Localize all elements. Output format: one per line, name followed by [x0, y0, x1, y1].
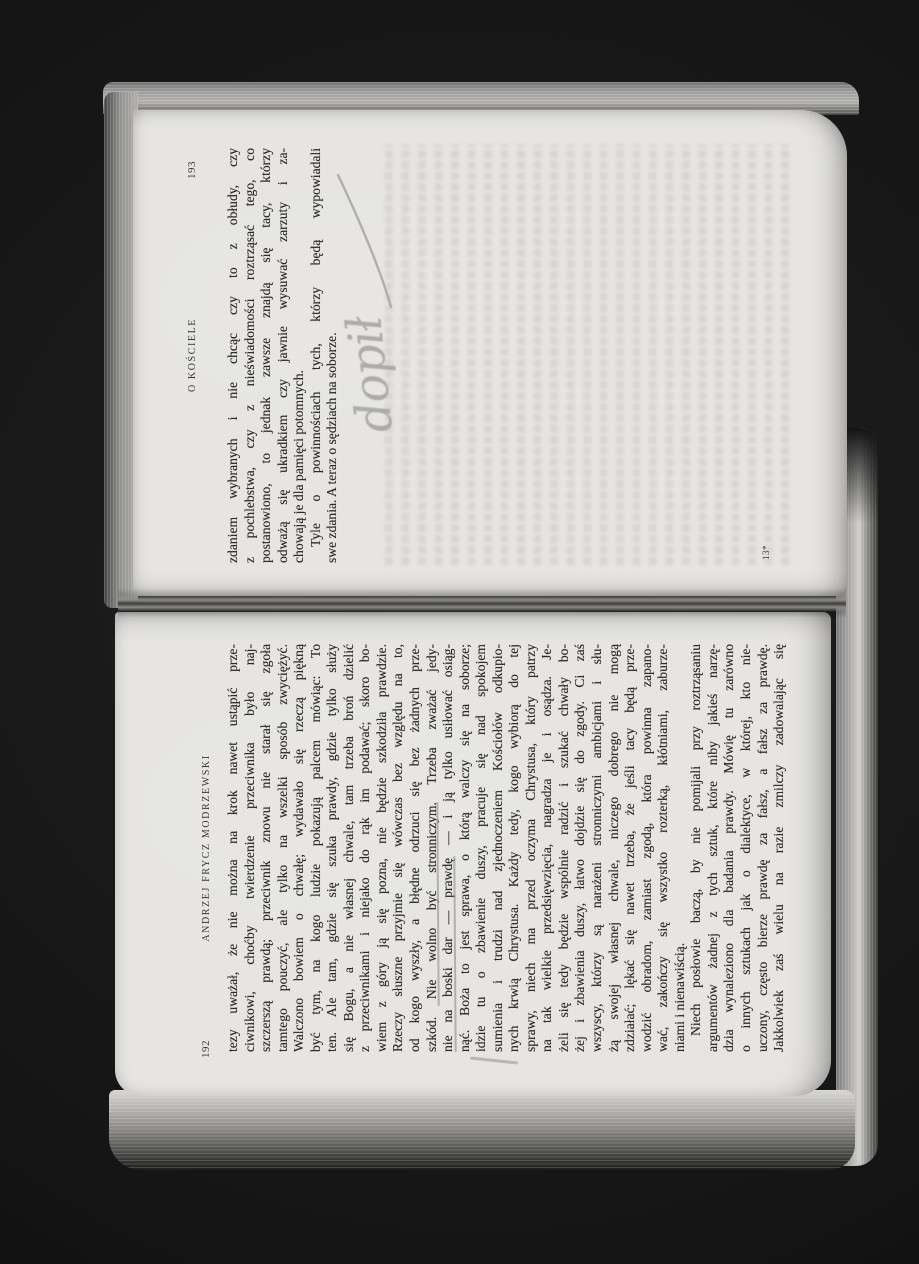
text-line: odważą się ukradkiem czy jawnie wysuwać … [275, 148, 292, 563]
show-through-texture [385, 144, 789, 568]
text-line: uczony, często bierze prawdę za fałsz, a… [755, 644, 772, 1052]
text-line: z pochlebstwa, czy z nieświadomości rozt… [242, 148, 259, 563]
page-192-content: 192 ANDRZEJ FRYCZ MODRZEWSKI tezy uważał… [115, 612, 831, 1096]
text-line: się Bogu, a nie własnej chwale, tam trze… [341, 644, 358, 1052]
text-line: nych krwią Chrystusa. Każdy tedy, kogo w… [506, 644, 523, 1052]
text-line: dzia wynaleziono dla badania prawdy. Mów… [721, 644, 738, 1052]
pencil-slash-mark [333, 171, 397, 311]
text-line: wszyscy, którzy są narażeni stronniczymi… [589, 644, 606, 1052]
text-line: na tak wielkie przedsięwzięcia, nagradza… [539, 644, 556, 1052]
text-line: wodzić obradom, zamiast zgodą, która pow… [639, 644, 656, 1052]
pencil-margin-stroke [470, 1056, 518, 1064]
text-line: wać, zakończy się wszystko rozterką, kłó… [655, 644, 672, 1052]
text-line: być tym, na kogo ludzie pokazują palcem … [308, 644, 325, 1052]
text-line: sumienia i trudzi nad zjednoczeniem Kośc… [490, 644, 507, 1052]
running-head-row: 192 ANDRZEJ FRYCZ MODRZEWSKI [201, 644, 212, 1052]
text-line: Tyle o powinnościach tych, którzy będą w… [308, 148, 325, 563]
text-line: żeli się tedy będzie wspólnie radzić i s… [556, 644, 573, 1052]
text-line: żej i zbawienia duszy, łatwo dojdzie się… [572, 644, 589, 1052]
signature-mark: 13* [761, 545, 771, 560]
page-193-content: O KOŚCIELE 193 zdaniem wybranych i nie c… [133, 110, 847, 596]
text-line: żą swojej własnej chwale, niczego dobreg… [606, 644, 623, 1052]
text-line: idzie tu o zbawienie duszy, pracuje się … [473, 644, 490, 1052]
page-number: 193 [186, 161, 198, 179]
text-line: wiem z góry ją się pozna, nie będzie szk… [374, 644, 391, 1052]
text-line: zdaniem wybranych i nie chcąc czy to z o… [225, 148, 242, 563]
book-gutter-shadow [118, 588, 846, 618]
page-body-text: zdaniem wybranych i nie chcąc czy to z o… [225, 148, 341, 563]
text-line: Walczono bowiem o chwałę; wydawało się r… [291, 644, 308, 1052]
text-line: Rzeczy słuszne przyjmie się wówczas bez … [390, 644, 407, 1052]
text-line: tamtego pouczyć, ale tylko na wszelki sp… [275, 644, 292, 1052]
book-page-192: 192 ANDRZEJ FRYCZ MODRZEWSKI tezy uważał… [115, 612, 831, 1096]
text-line: ciwnikowi, choćby twierdzenie przeciwnik… [242, 644, 259, 1052]
text-line: sprawy, niech ma przed oczyma Chrystusa,… [523, 644, 540, 1052]
text-line: od kogo wyszły, a błędne odrzuci się bez… [407, 644, 424, 1052]
text-line: z przeciwnikami i niejako do rąk im poda… [357, 644, 374, 1052]
text-line: chowają je dla pamięci potomnych. [291, 148, 308, 563]
text-line: nąć. Boża to jest sprawa, o którą walczy… [457, 644, 474, 1052]
text-line: Niech posłowie baczą, by nie pomijali pr… [688, 644, 705, 1052]
text-line: niami i nienawiścią. [672, 644, 689, 1052]
text-line: argumentów żadnej z tych sztuk, które ni… [705, 644, 722, 1052]
page-edges-stack-bottom [109, 1090, 855, 1170]
running-head-title: O KOŚCIELE [187, 318, 198, 392]
text-line: postanowiono, to jednak zawsze znajdą si… [258, 148, 275, 563]
page-number: 192 [200, 1040, 212, 1058]
running-head-title: ANDRZEJ FRYCZ MODRZEWSKI [201, 754, 212, 941]
book-photograph: O KOŚCIELE 193 zdaniem wybranych i nie c… [0, 0, 919, 1264]
text-line: Jakkolwiek zaś wielu na razie zmilczy za… [771, 644, 788, 1052]
text-line: tezy uważał, że nie można na krok nawet … [225, 644, 242, 1052]
book-page-193: O KOŚCIELE 193 zdaniem wybranych i nie c… [133, 110, 847, 596]
text-line: ten. Ale tam, gdzie się szuka prawdy, gd… [324, 644, 341, 1052]
running-head-row: O KOŚCIELE 193 [187, 147, 198, 563]
text-line: zdziałać; lękać się nawet trzeba, że jeś… [622, 644, 639, 1052]
text-line: szczerszą prawdą; przeciwnik znowu nie s… [258, 644, 275, 1052]
page-body-text: tezy uważał, że nie można na krok nawet … [225, 644, 788, 1052]
text-line: o innych sztukach jak o dialektyce, w kt… [738, 644, 755, 1052]
